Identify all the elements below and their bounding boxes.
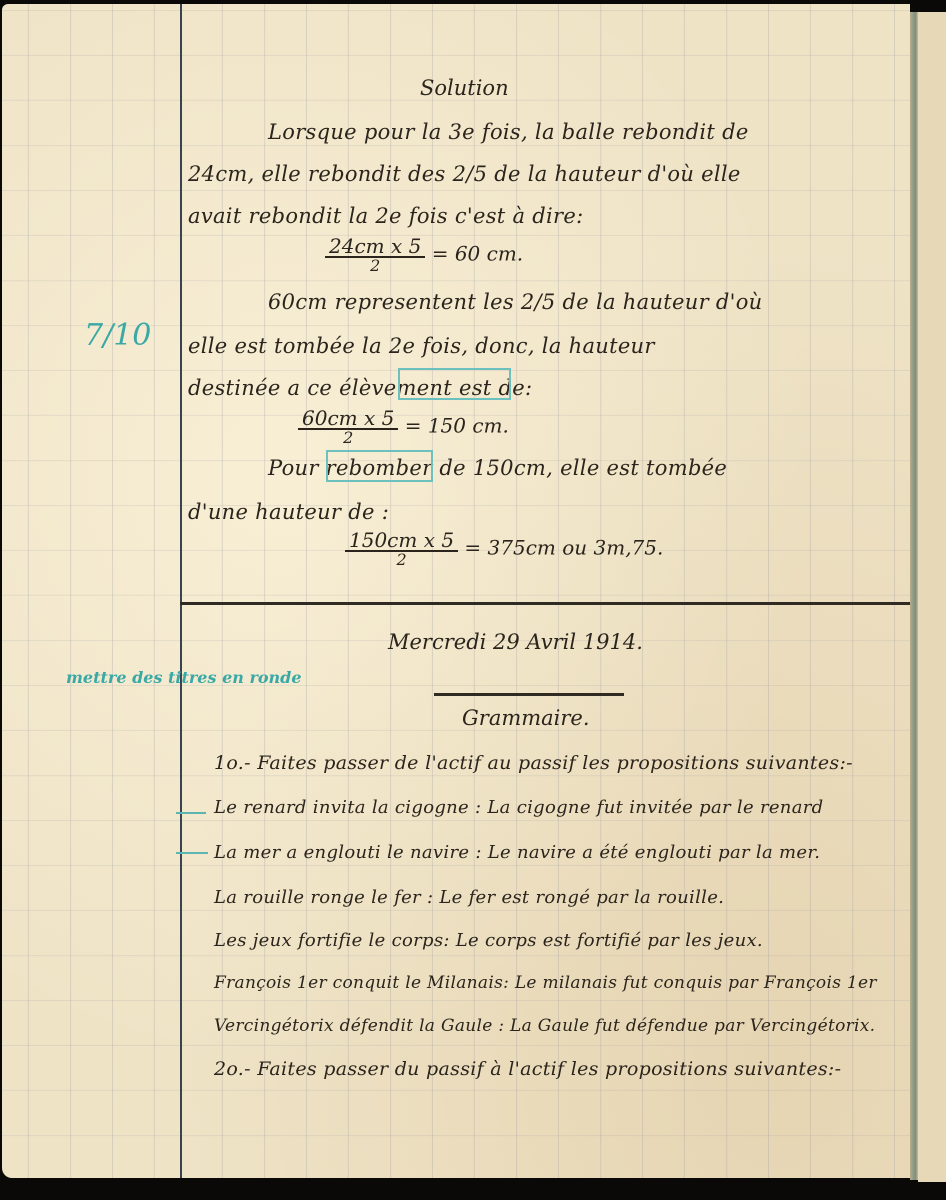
- exercise-2-instruction: 2o.- Faites passer du passif à l'actif l…: [214, 1058, 841, 1080]
- equation-1-result: = 60 cm.: [432, 242, 523, 266]
- sentence-1: Le renard invita la cigogne : La cigogne…: [214, 797, 823, 818]
- sentence-5: François 1er conquit le Milanais: Le mil…: [214, 973, 877, 993]
- sentence-3: La rouille ronge le fer : Le fer est ron…: [214, 887, 724, 908]
- grade-mark: 7/10: [84, 318, 151, 353]
- date-underline: [434, 693, 624, 696]
- equation-2-denominator: 2: [298, 430, 398, 446]
- equation-1-denominator: 2: [325, 258, 425, 274]
- correction-box-elevement: élèvement: [402, 372, 507, 396]
- equation-3: 150cm x 52 = 375cm ou 3m,75.: [345, 530, 663, 568]
- equation-2-numerator: 60cm x 5: [298, 408, 398, 430]
- margin-line: [180, 4, 182, 1178]
- solution-line-5: elle est tombée la 2e fois, donc, la hau…: [188, 334, 655, 358]
- notebook-binding: [910, 12, 918, 1180]
- teacher-margin-note: mettre des titres en ronde: [66, 668, 302, 687]
- correction-box-rebomber: rebomber: [330, 454, 429, 478]
- equation-2-result: = 150 cm.: [405, 414, 509, 438]
- section-divider: [180, 602, 910, 605]
- sentence-6: Vercingétorix défendit la Gaule : La Gau…: [214, 1016, 875, 1036]
- solution-line-8: d'une hauteur de :: [188, 500, 389, 524]
- lesson-subject: Grammaire.: [462, 706, 590, 730]
- exercise-1-instruction: 1o.- Faites passer de l'actif au passif …: [214, 752, 853, 774]
- solution-line-2: 24cm, elle rebondit des 2/5 de la hauteu…: [188, 162, 741, 186]
- equation-3-result: = 375cm ou 3m,75.: [464, 536, 663, 560]
- next-page-edge: [918, 12, 946, 1182]
- correction-tick-2: [176, 852, 208, 854]
- sentence-2: La mer a englouti le navire : Le navire …: [214, 842, 820, 863]
- solution-title: Solution: [420, 76, 509, 100]
- correction-tick-1: [176, 812, 206, 814]
- equation-1-numerator: 24cm x 5: [325, 236, 425, 258]
- equation-2: 60cm x 52 = 150 cm.: [298, 408, 509, 446]
- lesson-date: Mercredi 29 Avril 1914.: [388, 630, 643, 654]
- equation-3-denominator: 2: [345, 552, 458, 568]
- solution-line-3: avait rebondit la 2e fois c'est à dire:: [188, 204, 584, 228]
- solution-line-1: Lorsque pour la 3e fois, la balle rebond…: [268, 120, 749, 144]
- equation-1: 24cm x 52 = 60 cm.: [325, 236, 523, 274]
- equation-3-numerator: 150cm x 5: [345, 530, 458, 552]
- sentence-4: Les jeux fortifie le corps: Le corps est…: [214, 930, 763, 951]
- solution-line-4: 60cm representent les 2/5 de la hauteur …: [268, 290, 762, 314]
